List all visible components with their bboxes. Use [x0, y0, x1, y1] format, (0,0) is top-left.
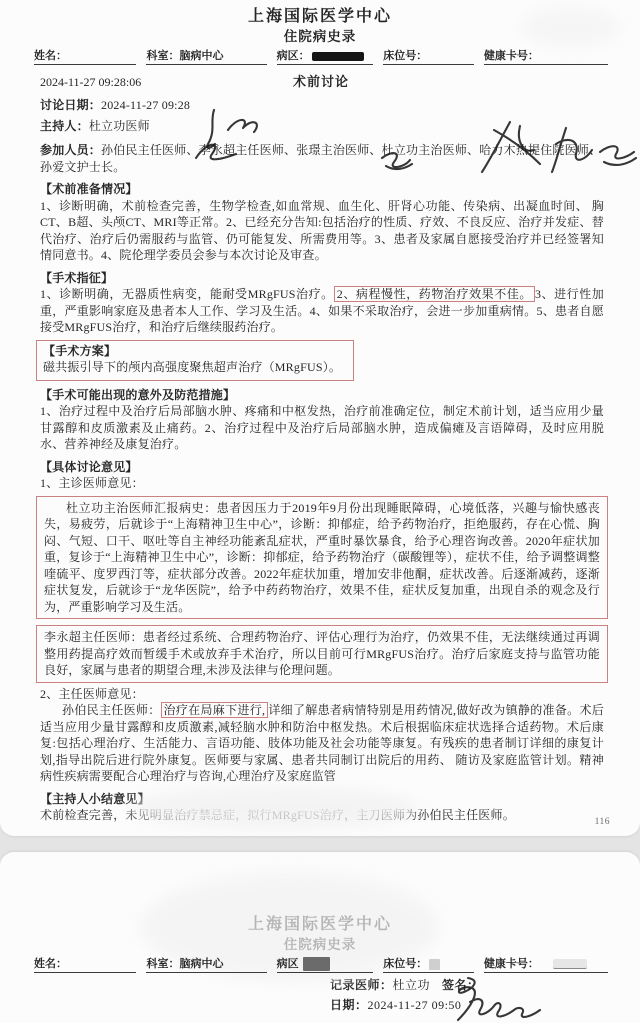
- redaction-bar: [429, 959, 440, 970]
- name-label: 姓名：: [34, 958, 67, 970]
- field-health-card: 健康卡号：: [484, 957, 608, 973]
- discussion-date-value: 2024-11-27 09:28: [101, 98, 190, 112]
- bed-label: 床位号：: [383, 958, 427, 970]
- summary-body: 术前检查完善，未见明显治疗禁忌症，拟行MRgFUS治疗，主刀医师为孙伯民主任医师…: [40, 807, 604, 824]
- signature-participant-6: [600, 146, 636, 165]
- field-bed-number: 床位号：: [383, 957, 474, 973]
- host-label: 主持人：: [40, 119, 89, 133]
- chief-sun-highlighted: 治疗在局麻下进行,: [161, 702, 269, 718]
- record-date-value: 2024-11-27 09:50: [368, 998, 462, 1012]
- plan-body: 磁共振引导下的颅内高强度聚焦超声治疗（MRgFUS）。: [43, 359, 341, 376]
- summary-heading: 【主持人小结意见】: [40, 791, 604, 808]
- field-ward: 病区: [277, 957, 374, 973]
- participants-label: 参加人员：: [40, 143, 101, 157]
- prep-section-heading: 【术前准备情况】: [40, 181, 604, 198]
- redaction-bar: [312, 52, 364, 61]
- prep-section-body: 1、诊断明确，术前检查完善，生物学检查,如血常规、血生化、肝肾心功能、传染病、出…: [40, 198, 604, 264]
- page-number: 第1页/总2页: [0, 834, 640, 837]
- discussion-sub1: 1、主诊医师意见：: [40, 475, 604, 492]
- field-ward: 病区：: [277, 49, 374, 65]
- record-type-title: 住院病史录: [0, 937, 640, 953]
- discussion-sub2: 2、主任医师意见：: [40, 686, 604, 703]
- indications-heading: 【手术指征】: [40, 270, 604, 287]
- header-fields-row: 姓名： 科室：脑病中心 病区： 床位号： 健康卡号：: [34, 49, 608, 65]
- discussion-date-line: 讨论日期：2024-11-27 09:28: [40, 97, 604, 114]
- dept-value: 脑病中心: [179, 50, 223, 62]
- participants-value: 孙伯民主任医师、李永超主任医师、张璟主治医师、杜立功主治医师、哈力木热提住院医师…: [40, 143, 601, 174]
- field-department: 科室：脑病中心: [146, 49, 266, 65]
- record-type-title: 住院病史录: [0, 29, 640, 45]
- redaction-bar: [303, 957, 330, 971]
- bed-label: 床位号：: [383, 50, 427, 62]
- field-department: 科室：脑病中心: [146, 957, 266, 973]
- chief-li-opinion-box: 李永超主任医师：患者经过系统、合理药物治疗、评估心理行为治疗，仍效果不佳，无法继…: [36, 625, 608, 683]
- header-fields-row: 姓名： 科室：脑病中心 病区 床位号： 健康卡号：: [34, 957, 608, 973]
- name-label: 姓名：: [34, 50, 67, 62]
- discussion-date-label: 讨论日期：: [40, 98, 101, 112]
- hospital-name: 上海国际医学中心: [0, 0, 640, 26]
- dept-label: 科室：: [146, 958, 179, 970]
- chief-sun-opinion: 孙伯民主任医师：治疗在局麻下进行,详细了解患者病情特别是用药情况,做好改为镇静的…: [40, 702, 604, 785]
- field-health-card: 健康卡号：: [484, 49, 608, 65]
- chief-sun-prefix: 孙伯民主任医师：: [62, 703, 161, 717]
- field-patient-name: 姓名：: [34, 957, 136, 973]
- dept-value: 脑病中心: [179, 958, 223, 970]
- hospital-name: 上海国际医学中心: [0, 852, 640, 934]
- field-patient-name: 姓名：: [34, 49, 136, 65]
- discussion-heading: 【具体讨论意见】: [40, 459, 604, 476]
- timestamp-row: 2024-11-27 09:28:06 术前讨论: [40, 74, 602, 90]
- host-line: 主持人：杜立功医师: [40, 118, 604, 135]
- attending-opinion-box: 杜立功主治医师汇报病史：患者因压力于2019年9月份出现睡眠障碍，心境低落，兴趣…: [36, 496, 608, 620]
- indications-body: 1、诊断明确，无器质性病变，能耐受MRgFUS治疗。2、病程慢性，药物治疗效果不…: [40, 286, 604, 336]
- indications-part1: 1、诊断明确，无器质性病变，能耐受MRgFUS治疗。: [40, 287, 334, 301]
- corner-page-number: 116: [595, 817, 610, 827]
- plan-heading: 【手术方案】: [43, 343, 341, 360]
- attending-opinion-text: 杜立功主治医师汇报病史：患者因压力于2019年9月份出现睡眠障碍，心境低落，兴趣…: [44, 500, 600, 616]
- ward-label: 病区: [277, 958, 299, 970]
- surgical-plan-box: 【手术方案】 磁共振引导下的颅内高强度聚焦超声治疗（MRgFUS）。: [36, 340, 354, 381]
- host-value: 杜立功医师: [89, 119, 150, 133]
- recorder-label: 记录医师：: [330, 978, 393, 992]
- ward-label: 病区：: [277, 50, 310, 62]
- doc-title: 术前讨论: [40, 74, 602, 90]
- chief-li-opinion-text: 李永超主任医师：患者经过系统、合理药物治疗、评估心理行为治疗，仍效果不佳，无法继…: [44, 629, 600, 679]
- recorder-value: 杜立功: [393, 978, 431, 992]
- participants-line: 参加人员：孙伯民主任医师、李永超主任医师、张璟主治医师、杜立功主治医师、哈力木热…: [40, 142, 604, 175]
- sign-label: 签名：: [442, 978, 480, 992]
- dept-label: 科室：: [146, 50, 179, 62]
- card-label: 健康卡号：: [484, 958, 539, 970]
- document-page-1: 上海国际医学中心 住院病史录 姓名： 科室：脑病中心 病区： 床位号： 健康卡号…: [0, 0, 640, 836]
- card-label: 健康卡号：: [484, 50, 539, 62]
- risks-heading: 【手术可能出现的意外及防范措施】: [40, 387, 604, 404]
- risks-body: 1、治疗过程中及治疗后局部脑水肿、疼痛和中枢发热，治疗前准确定位，制定术前计划，…: [40, 403, 604, 453]
- field-bed-number: 床位号：: [383, 49, 474, 65]
- recorder-line: 记录医师：杜立功签名：: [330, 977, 640, 994]
- indications-highlighted: 2、病程慢性，药物治疗效果不佳。: [334, 286, 535, 302]
- record-date-line: 日期：2024-11-27 09:50: [330, 997, 640, 1014]
- redaction-bar: [553, 959, 587, 969]
- record-date-label: 日期：: [330, 998, 368, 1012]
- document-page-2: 上海国际医学中心 住院病史录 姓名： 科室：脑病中心 病区 床位号： 健康卡号：…: [0, 852, 640, 1023]
